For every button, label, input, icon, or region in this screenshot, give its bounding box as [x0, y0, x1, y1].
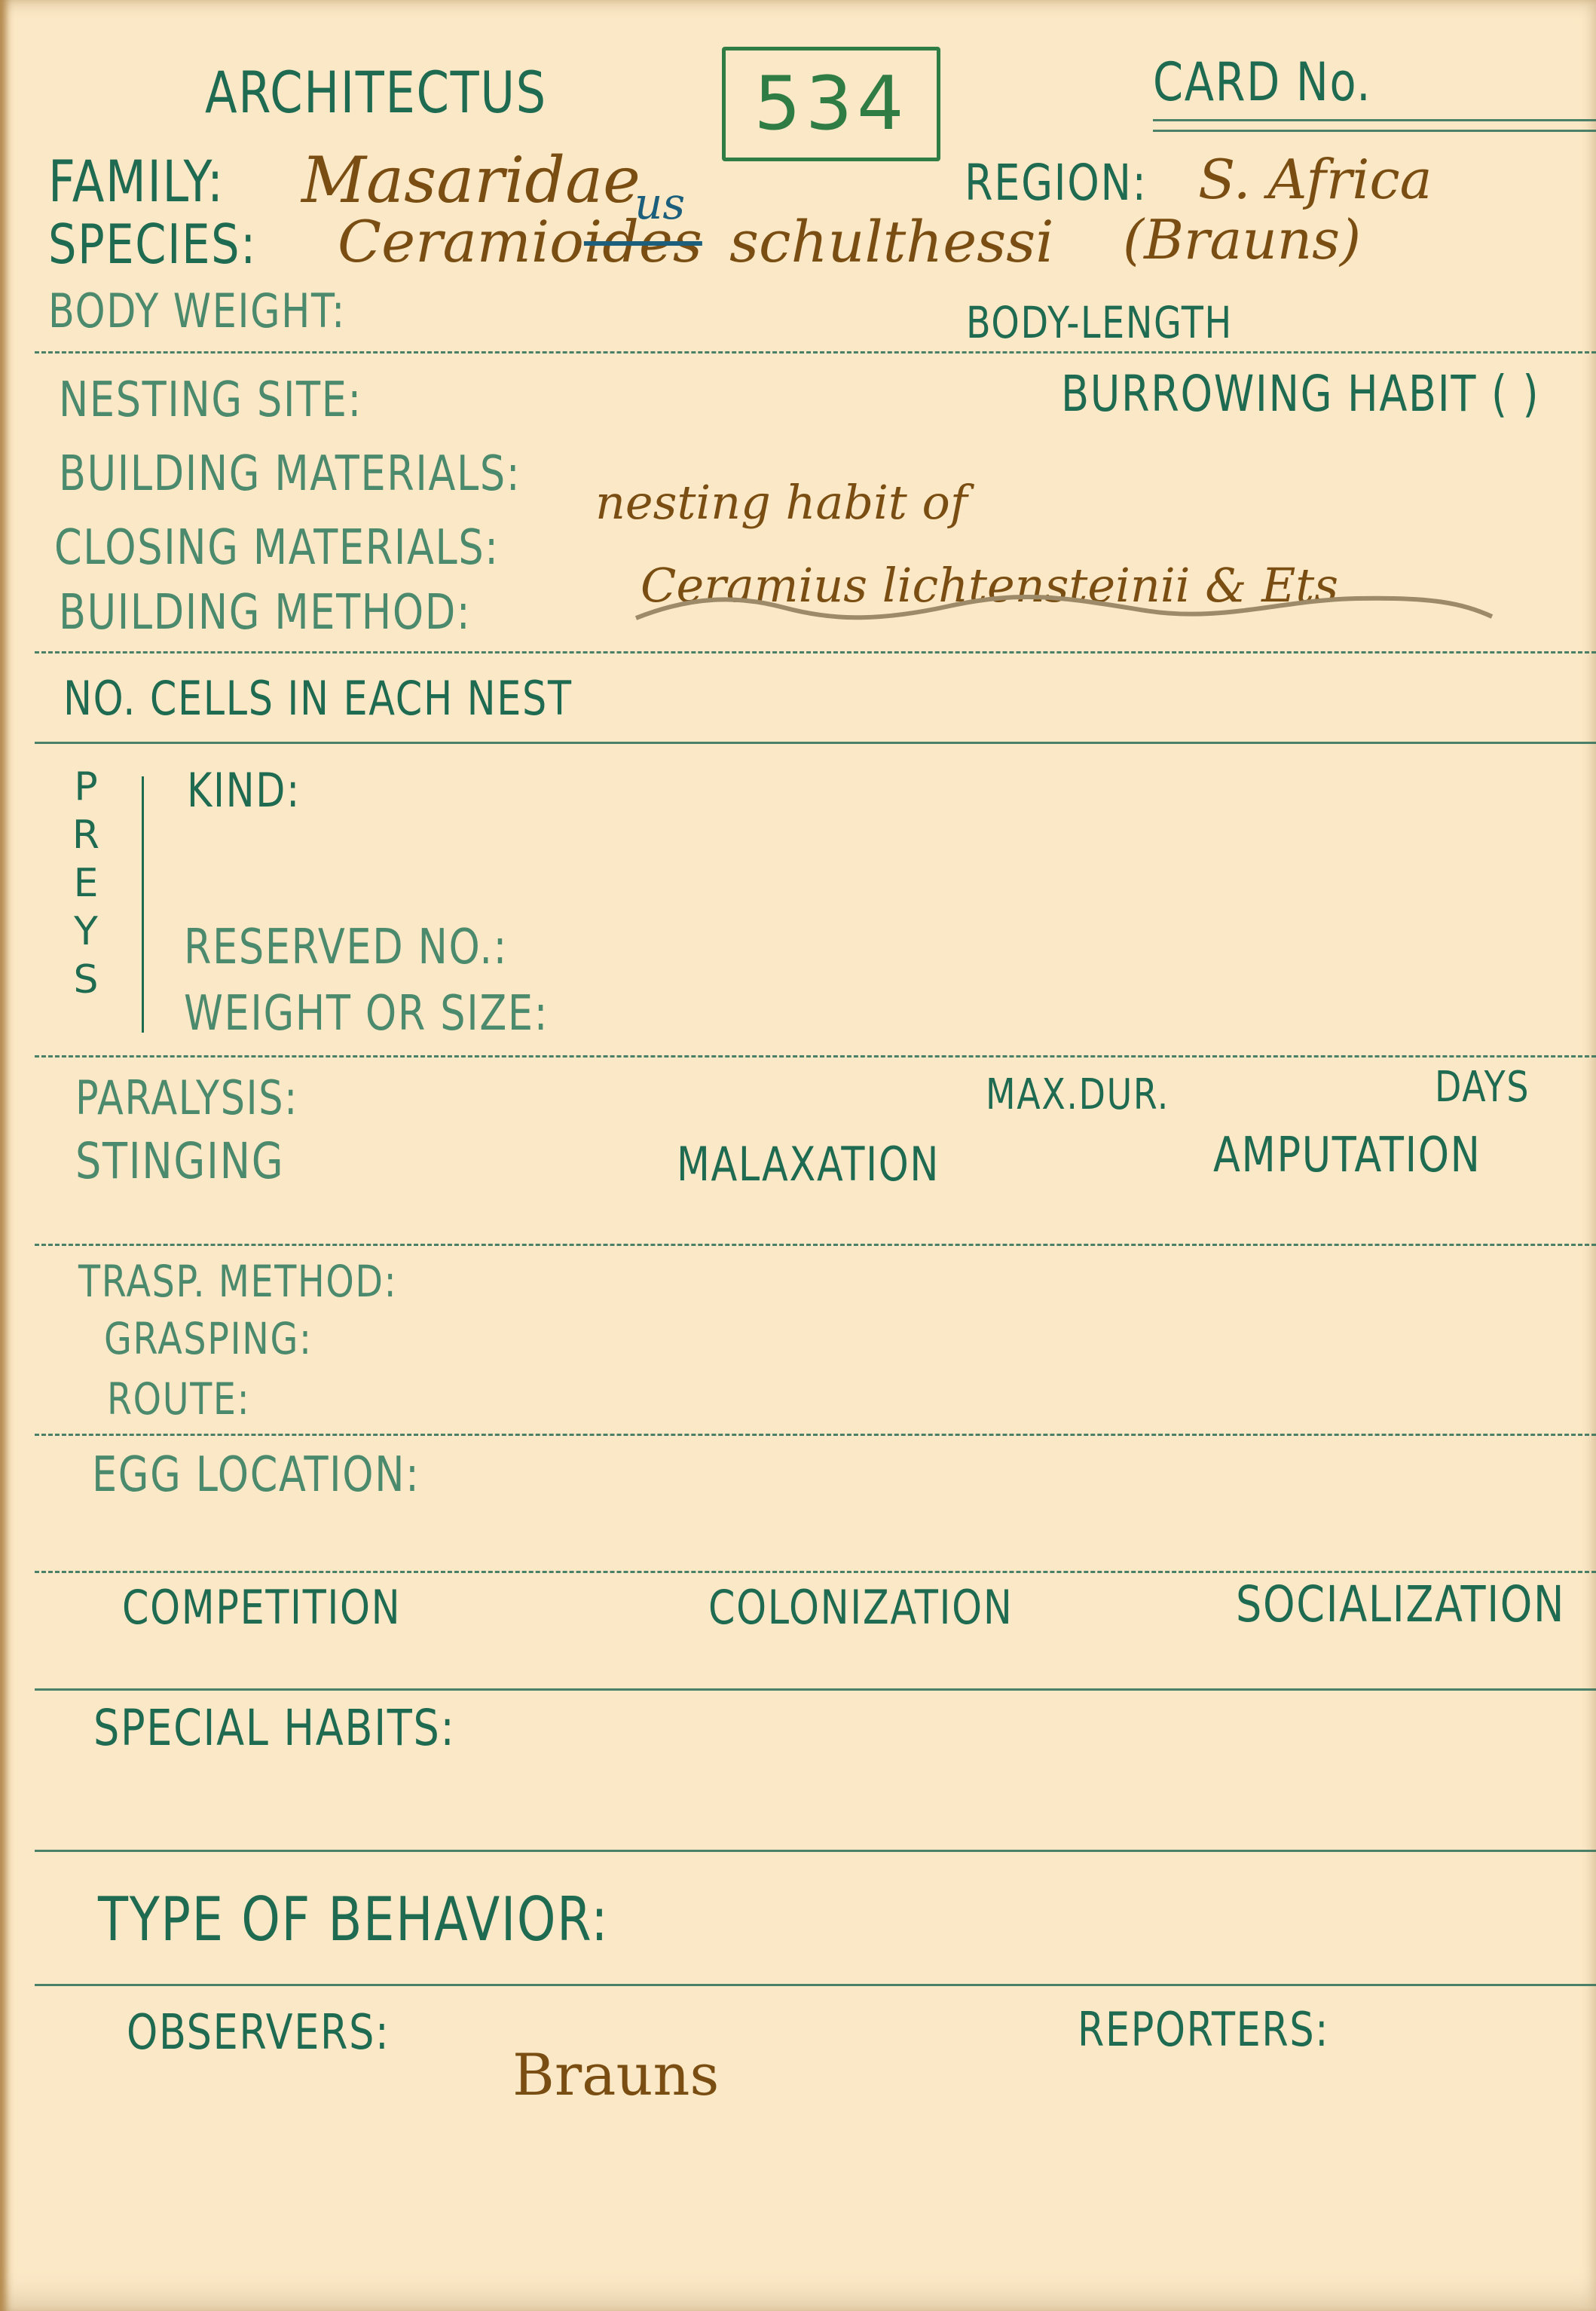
card-no-underline-1: [1153, 119, 1596, 121]
genus-prefix: Ceramio: [338, 208, 584, 275]
card-number-box: 534: [722, 47, 940, 161]
amputation-label: AMPUTATION: [1213, 1128, 1481, 1183]
card-no-label: CARD No.: [1153, 51, 1371, 113]
divider-7: [35, 1571, 1596, 1573]
divider-9: [35, 1850, 1596, 1852]
divider-4: [35, 1055, 1596, 1058]
divider-1: [35, 351, 1596, 354]
egg-location-label: EGG LOCATION:: [92, 1447, 420, 1503]
species-epithet: schulthessi: [729, 208, 1054, 275]
paralysis-label: PARALYSIS:: [75, 1070, 298, 1125]
route-label: ROUTE:: [107, 1373, 250, 1425]
observers-value: Brauns: [512, 2041, 719, 2108]
genus-insertion: us: [634, 178, 685, 229]
card-number: 534: [754, 61, 908, 147]
divider-10: [35, 1984, 1596, 1986]
reporters-label: REPORTERS:: [1078, 2002, 1329, 2057]
grasping-label: GRASPING:: [104, 1313, 313, 1364]
socialization-label: SOCIALIZATION: [1236, 1575, 1565, 1633]
closing-materials-label: CLOSING MATERIALS:: [54, 520, 500, 576]
malaxation-label: MALAXATION: [677, 1137, 940, 1192]
species-author: (Brauns): [1123, 208, 1361, 271]
burrowing-habit-label: BURROWING HABIT ( ): [1061, 365, 1539, 423]
divider-8: [35, 1688, 1596, 1691]
days-label: DAYS: [1435, 1063, 1530, 1112]
family-value: Masaridae: [301, 143, 641, 217]
divider-6: [35, 1434, 1596, 1436]
type-of-behavior-label: TYPE OF BEHAVIOR:: [98, 1884, 609, 1954]
colonization-label: COLONIZATION: [708, 1580, 1014, 1635]
prey-reserved-label: RESERVED NO.:: [184, 920, 508, 975]
card-title: ARCHITECTUS: [205, 59, 547, 126]
preys-vertical-label: P R E Y S: [63, 763, 109, 1004]
family-label: FAMILY:: [48, 148, 225, 215]
observers-label: OBSERVERS:: [127, 2005, 390, 2061]
cells-per-nest-label: NO. CELLS IN EACH NEST: [63, 671, 573, 726]
stinging-label: STINGING: [75, 1132, 284, 1190]
region-label: REGION:: [965, 154, 1148, 212]
divider-3: [35, 742, 1596, 744]
body-weight-label: BODY WEIGHT:: [48, 283, 346, 338]
competition-label: COMPETITION: [122, 1580, 401, 1635]
transport-method-label: TRASP. METHOD:: [78, 1256, 397, 1307]
building-materials-label: BUILDING MATERIALS:: [59, 446, 521, 502]
building-method-label: BUILDING METHOD:: [59, 585, 471, 641]
nesting-note-line1: nesting habit of: [595, 475, 968, 530]
region-value: S. Africa: [1198, 148, 1432, 211]
special-habits-label: SPECIAL HABITS:: [93, 1699, 455, 1757]
prey-kind-label: KIND:: [187, 763, 301, 818]
preys-vertical-divider: [142, 776, 144, 1033]
prey-weight-size-label: WEIGHT OR SIZE:: [184, 986, 549, 1042]
divider-5: [35, 1244, 1596, 1246]
nesting-site-label: NESTING SITE:: [59, 372, 362, 428]
species-label: SPECIES:: [48, 213, 257, 276]
index-card: ARCHITECTUS 534 CARD No. FAMILY: Masarid…: [0, 0, 1596, 2311]
wavy-underline: [633, 588, 1500, 626]
card-no-underline-2: [1153, 130, 1596, 132]
divider-2: [35, 651, 1596, 654]
max-duration-label: MAX.DUR.: [986, 1070, 1169, 1119]
body-length-label: BODY-LENGTH: [966, 297, 1233, 348]
